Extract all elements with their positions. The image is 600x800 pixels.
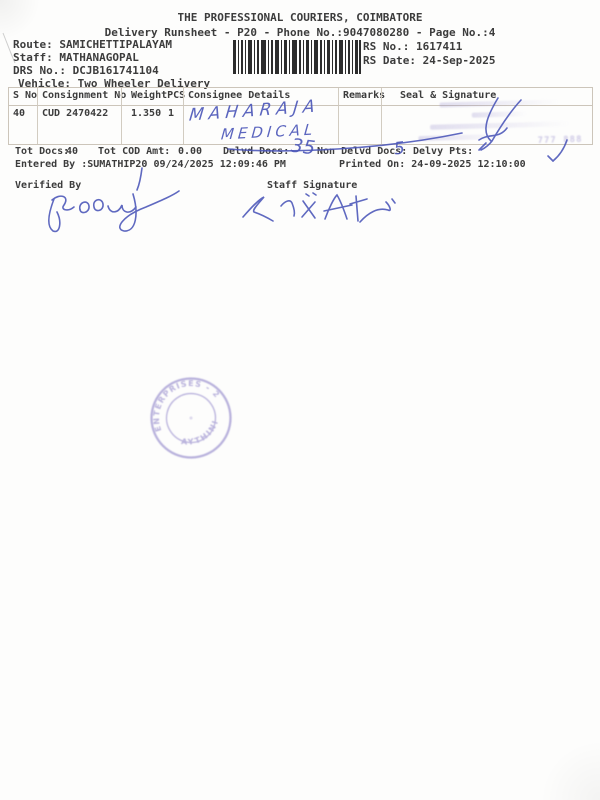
handwritten-delvd-docs: 35 [290, 135, 317, 160]
row-consignment-no: CUD 2470422 [37, 106, 121, 144]
rs-date-line: RS Date: 24-Sep-2025 [363, 54, 495, 67]
row-weight: 1.350 [131, 108, 161, 142]
tot-docs-value: 40 [66, 146, 78, 158]
entered-by-line: Entered By :SUMATHIP20 09/24/2025 12:09:… [15, 159, 286, 171]
delvd-docs-label: Delvd Docs: [223, 146, 289, 158]
tot-docs-label: Tot Docs: [15, 146, 69, 158]
staff-value: MATHANAGOPAL [59, 51, 138, 64]
printed-on-line: Printed On: 24-09-2025 12:10:00 [339, 159, 526, 171]
rs-no-value: 1617411 [416, 40, 462, 53]
delvy-pts-label: Delvy Pts: [413, 146, 473, 158]
drs-line: DRS No.: DCJB161741104 [13, 64, 159, 77]
staff-signature [243, 193, 395, 222]
scanned-delivery-runsheet: THE PROFESSIONAL COURIERS, COIMBATORE De… [0, 0, 600, 800]
staff-signature-label: Staff Signature [267, 180, 357, 192]
svg-text:AYTHINI: AYTHINI [177, 414, 226, 455]
route-line: Route: SAMICHETTIPALAYAM [13, 38, 172, 51]
stamp-arc-bottom-text: AYTHINI [177, 414, 226, 455]
rs-no-label: RS No.: [363, 40, 409, 53]
col-header-sno: S No [9, 88, 37, 106]
row-pcs: 1 [168, 108, 174, 142]
drs-value: DCJB161741104 [73, 64, 159, 77]
verified-by-label: Verified By [15, 180, 81, 192]
rs-date-label: RS Date: [363, 54, 416, 67]
row-weight-pcs: 1.3501 [121, 106, 183, 144]
route-value: SAMICHETTIPALAYAM [59, 38, 172, 51]
row-remarks [338, 106, 381, 144]
faint-stamp-fragment: 777 888 [537, 135, 582, 146]
staff-line: Staff: MATHANAGOPAL [13, 51, 139, 64]
tot-cod-value: 0.00 [178, 146, 202, 158]
col-header-weight: Weight [131, 90, 167, 103]
row-sno: 40 [9, 106, 37, 144]
rs-date-value: 24-Sep-2025 [423, 54, 496, 67]
staff-label: Staff: [13, 51, 53, 64]
tot-cod-label: Tot COD Amt: [98, 146, 170, 158]
col-header-weight-pcs: WeightPCS [121, 88, 183, 106]
route-label: Route: [13, 38, 53, 51]
faint-address-stamp: 777 888 [411, 97, 584, 149]
drs-label: DRS No.: [13, 64, 66, 77]
col-header-consignment: Consignment No [37, 88, 121, 106]
circular-enterprise-stamp: ENTERPRISES - 20(M) AYTHINI [126, 353, 256, 483]
company-title: THE PROFESSIONAL COURIERS, COIMBATORE [0, 11, 600, 24]
handwritten-non-delvd-docs: 5 [393, 138, 406, 159]
verified-by-signature [49, 168, 179, 231]
col-header-remarks: Remarks [338, 88, 381, 106]
drs-barcode [233, 40, 361, 74]
rs-no-line: RS No.: 1617411 [363, 40, 462, 53]
